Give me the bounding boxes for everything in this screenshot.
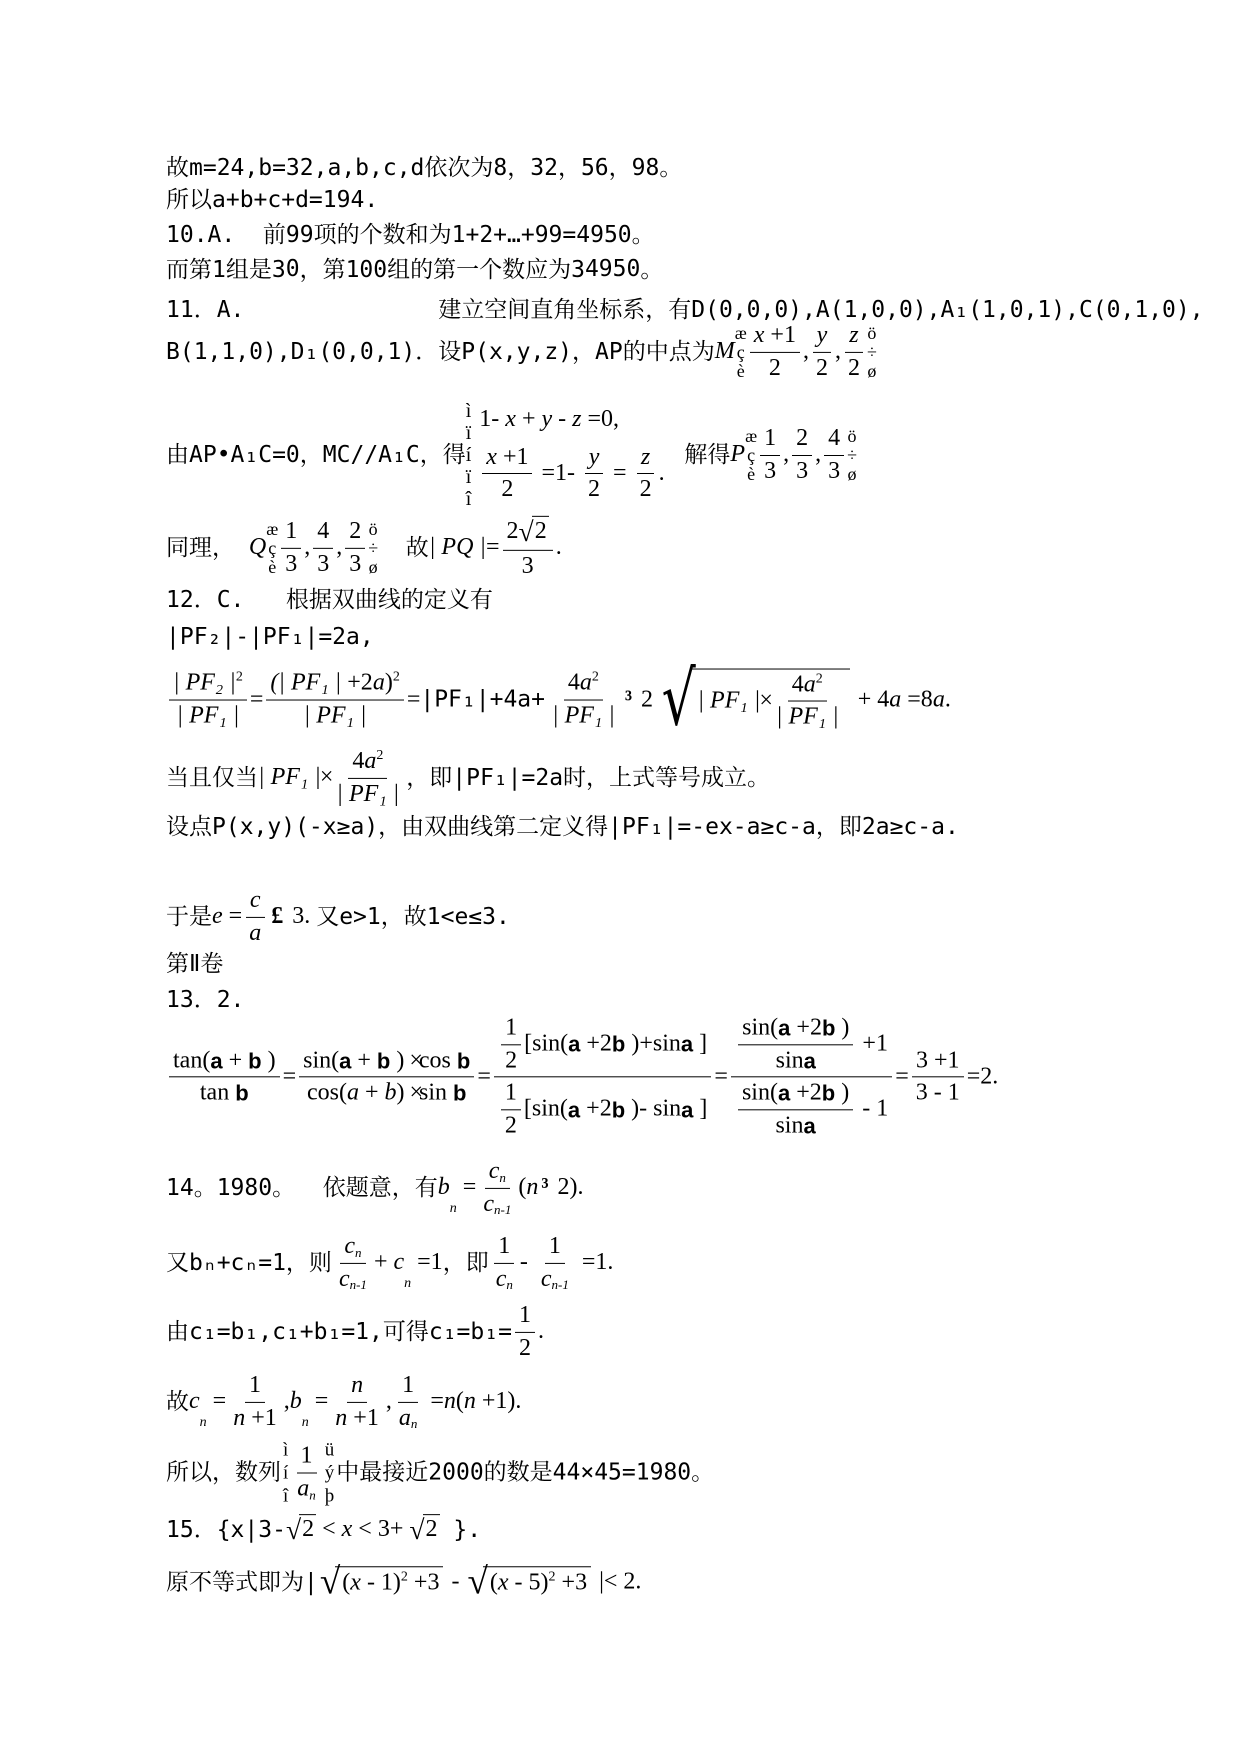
text-run: a <box>804 1048 816 1073</box>
line-sol12-second-def: 设点P(x,y)(-x≥a)，由双曲线第二定义得|PF₁|=-ex-a≥c-a，… <box>166 814 959 840</box>
text-run: . <box>659 460 665 488</box>
text-run: +1 <box>497 444 529 472</box>
text-run: = <box>309 1388 329 1416</box>
text-run: 2 <box>640 476 652 504</box>
line-sol9-values: 故m=24,b=32,a,b,c,d依次为8，32，56，98。 <box>166 155 682 181</box>
text-run: a <box>778 1081 790 1106</box>
line-sol11-setup: 11．A. 建立空间直角坐标系，有D(0,0,0),A(1,0,0),A₁(1,… <box>166 297 1204 323</box>
text-run: £ <box>271 903 283 931</box>
text-run: 故 <box>166 1389 189 1415</box>
text-run: +1 <box>856 1031 888 1059</box>
subscript: n-1 <box>350 1278 367 1291</box>
fraction: 3 +13 - 1 <box>912 1047 964 1107</box>
text-run: × <box>759 688 773 716</box>
radical: (x - 5)2 +3 <box>467 1565 591 1598</box>
text-run: 10.A. 前99项的个数和为1+2+…+99=4950。 <box>166 222 655 248</box>
text-run: c <box>393 1249 404 1277</box>
text-run: = <box>486 534 500 562</box>
text-run: b <box>377 1048 390 1073</box>
text-run: n <box>464 1388 476 1416</box>
text-run: ] <box>693 1031 707 1059</box>
text-run: . <box>556 534 562 562</box>
text-run: a <box>297 1476 309 1504</box>
text-run: 12．C. 根据双曲线的定义有 <box>166 587 493 613</box>
fraction: sin(a +2b )sina <box>738 1080 853 1140</box>
text-run: b <box>822 1081 835 1106</box>
text-run: a <box>681 1097 693 1122</box>
text-run: +2 <box>790 1014 822 1042</box>
text-run: 2 <box>635 686 653 714</box>
text-run: y <box>589 444 600 472</box>
fraction: 12 <box>515 1302 535 1362</box>
fraction: 1cn-1 <box>537 1233 573 1293</box>
line-sol12-definition: |PF₂|-|PF₁|=2a, <box>166 624 374 650</box>
text-run: tan( <box>173 1047 210 1075</box>
text-run: ( <box>490 1570 498 1598</box>
equation-row: x +12 =1- y2 = z2. <box>479 444 664 504</box>
text-run: e <box>212 903 223 931</box>
text-run: = <box>477 1063 491 1091</box>
text-run: = <box>223 903 243 931</box>
text-run: | PF₁ | <box>776 704 839 732</box>
superscript: 2 <box>549 1571 556 1585</box>
text-run: c <box>496 1266 507 1294</box>
fraction: ca <box>245 887 265 947</box>
text-run: × <box>320 764 334 792</box>
text-run: ³ <box>541 1174 548 1202</box>
text-run: | PF₁ | <box>552 702 615 730</box>
text-run: c <box>189 1388 200 1416</box>
text-run: - <box>445 1568 465 1596</box>
text-run: + <box>374 1249 394 1277</box>
line-part2-heading: 第Ⅱ卷 <box>166 951 223 977</box>
subscript: n-1 <box>552 1278 569 1291</box>
line-sol14-setup: 14。1980。 依题意，有bn =cncn-1(n³ 2). <box>166 1158 584 1218</box>
bracket-glyph: ÷ <box>867 343 877 362</box>
text-run: 4 <box>792 671 804 699</box>
bracket-glyph: è <box>747 465 755 484</box>
text-run: +1). <box>476 1388 522 1416</box>
text-run: ) <box>835 1080 849 1108</box>
bracket-glyph: í <box>466 444 472 466</box>
text-run: x <box>505 406 516 434</box>
text-run: 1- <box>479 406 505 434</box>
text-run: +2 <box>790 1080 822 1108</box>
text-run: +2 <box>580 1096 612 1124</box>
text-run: 当且仅当 <box>166 765 258 791</box>
bracket-glyph: ç <box>268 539 276 558</box>
text-run: b <box>457 1048 470 1073</box>
text-run: 3 <box>349 551 361 579</box>
text-run: =1. <box>576 1249 614 1277</box>
text-run: | PF₂ | <box>173 670 236 698</box>
text-run: = <box>424 1388 444 1416</box>
text-run: + <box>223 1047 249 1075</box>
text-run: 2 <box>505 1047 517 1075</box>
text-run: c <box>489 1158 500 1186</box>
text-run: 。 <box>640 257 663 283</box>
subscript: n <box>302 1416 309 1430</box>
text-run: 1 <box>402 1372 414 1400</box>
fraction: sin(a +2b )sina +1sin(a +2b )sina - 1 <box>731 1014 892 1139</box>
bracket-glyph: î <box>466 488 472 510</box>
fraction: tan(a + b )tan b <box>169 1047 280 1107</box>
line-sol15-inequality: 原不等式即为|(x - 1)2 +3 - (x - 5)2 +3 |< 2. <box>166 1565 641 1598</box>
radical: 2 <box>409 1514 439 1546</box>
line-sol11-q-and-pq: 同理， Qæçè13,43,23ö÷ø 故| PQ |=223. <box>166 516 562 580</box>
bracket-glyph: í <box>283 1462 288 1485</box>
text-run: 1 <box>519 1302 531 1330</box>
symbol-bracket: üýþ <box>325 1439 335 1508</box>
text-run: 1 <box>505 1014 517 1042</box>
bracket-glyph: ì <box>466 400 472 422</box>
bracket-glyph: æ <box>745 427 757 446</box>
text-run: 3 <box>828 458 840 486</box>
text-run: sin <box>775 1112 803 1140</box>
bracket-glyph: ø <box>369 558 378 577</box>
text-run: = <box>207 1388 227 1416</box>
bracket-glyph: ö <box>369 520 378 539</box>
fraction: 23 <box>792 425 812 485</box>
text-run: = <box>250 686 264 714</box>
equation-system: 1- x + y - z =0,x +12 =1- y2 = z2. <box>479 406 664 504</box>
text-run: 所以，数列 <box>166 1460 281 1486</box>
bracket-glyph: ï <box>466 422 472 444</box>
fraction: 43 <box>824 425 844 485</box>
text-run: b <box>290 1388 302 1416</box>
text-run: = <box>714 1063 728 1091</box>
bracket-glyph: ö <box>867 324 876 343</box>
text-run: 2 <box>796 425 808 453</box>
text-run: |< 2. <box>593 1568 641 1596</box>
text-run: [sin( <box>524 1096 568 1124</box>
radical: 2 <box>286 1514 316 1546</box>
fraction: 12[sin(a +2b )+sina ]12[sin(a +2b )- sin… <box>494 1014 712 1139</box>
text-run: , <box>304 534 310 562</box>
text-run: a <box>933 686 945 714</box>
bracket-glyph: ï <box>466 466 472 488</box>
bracket-glyph: æ <box>735 324 747 343</box>
text-run: a <box>399 1405 411 1433</box>
document-page: 故m=24,b=32,a,b,c,d依次为8，32，56，98。 所以a+b+c… <box>166 0 1146 1754</box>
subscript: n <box>200 1416 207 1430</box>
radical: (x - 1)2 +3 <box>320 1565 444 1598</box>
fraction: 12 <box>501 1080 521 1140</box>
superscript: 2 <box>236 671 243 685</box>
text-run: 3 <box>317 551 329 579</box>
text-run: | PQ | <box>429 534 486 562</box>
bracket-glyph: ø <box>867 362 876 381</box>
text-run: c <box>483 1191 494 1219</box>
text-run: - <box>520 1249 534 1277</box>
bracket-glyph: ì <box>283 1439 288 1462</box>
text-run: , <box>336 534 342 562</box>
text-run: + <box>351 1047 377 1075</box>
text-run: , <box>803 338 809 366</box>
fraction: nn +1 <box>331 1372 383 1432</box>
bracket-glyph: þ <box>325 1485 335 1508</box>
fraction: cncn-1 <box>479 1158 515 1218</box>
text-run: +1 <box>764 322 796 350</box>
text-run: )+sin <box>625 1031 681 1059</box>
text-run: =1- <box>535 460 581 488</box>
text-run: a <box>568 1032 580 1057</box>
line-sol12-equality: 当且仅当| PF₁ |×4a2| PF₁ |，即|PF₁|=2a时，上式等号成立… <box>166 748 770 808</box>
text-run: =2. <box>967 1063 999 1091</box>
text-run: 中最接近2000的数是44×45=1980。 <box>336 1460 714 1486</box>
text-run: c <box>339 1266 350 1294</box>
bracket-glyph: ü <box>325 1439 335 1462</box>
radical: | PF₁ |×4a2| PF₁ | <box>655 667 850 734</box>
line-sol14-initial: 由c₁=b₁,c₁+b₁=1,可得c₁=b₁=12. <box>166 1302 544 1362</box>
text-run: )- sin <box>625 1096 681 1124</box>
text-run: . <box>945 686 951 714</box>
text-run: , <box>386 1388 392 1416</box>
text-run: ) <box>385 670 393 698</box>
text-run: n <box>526 1174 538 1202</box>
text-run: - 5) <box>509 1570 549 1598</box>
text-run: |PF₂|-|PF₁|=2a, <box>166 624 374 650</box>
text-run: b <box>822 1015 835 1040</box>
line-sol14-recurrence: 又bₙ+cₙ=1，则cncn-1+ cn =1，即1cn- 1cn-1 =1. <box>166 1233 613 1293</box>
text-run: a <box>889 686 901 714</box>
text-run: Q <box>249 534 266 562</box>
text-run: ] <box>693 1096 707 1124</box>
text-run: 1 <box>498 1233 510 1261</box>
line-sol12-intro: 12．C. 根据双曲线的定义有 <box>166 587 493 613</box>
fraction: sin(a +2b )sina <box>738 1014 853 1074</box>
line-sol12-eccentricity: 于是e =ca£ 3. 又e>1，故1<e≤3. <box>166 887 510 947</box>
fraction: x +12 <box>750 322 800 382</box>
symbol-bracket: æçè <box>735 324 747 381</box>
text-run: 3 - 1 <box>916 1080 960 1108</box>
text-run: 3 <box>764 458 776 486</box>
text-run: 3 <box>285 551 297 579</box>
fraction: 13 <box>281 518 301 578</box>
text-run: b <box>612 1097 625 1122</box>
text-run: 2 <box>816 355 828 383</box>
fraction: cncn-1 <box>335 1233 371 1293</box>
fraction: | PF₂ |2| PF₁ | <box>169 670 247 730</box>
fraction: 1an <box>395 1372 422 1432</box>
text-run: ，即 <box>443 1250 489 1276</box>
text-run: 2 <box>848 355 860 383</box>
subscript: n <box>506 1278 513 1291</box>
text-run: 1 <box>764 425 776 453</box>
line-sol13-derivation: tan(a + b )tan b=sin(a + b ) ×cos bcos(a… <box>166 1014 998 1139</box>
text-run: z <box>641 444 650 472</box>
text-run: c <box>344 1233 355 1261</box>
text-run: < <box>316 1516 342 1544</box>
bracket-glyph: ÷ <box>847 446 857 465</box>
fraction: y2 <box>584 444 604 504</box>
superscript: 0 <box>286 258 300 281</box>
text-run: 解得 <box>671 442 731 468</box>
text-run: sin <box>776 1047 804 1075</box>
superscript: 2 <box>401 1571 408 1585</box>
text-run: b <box>235 1081 248 1106</box>
text-run: 3 +1 <box>916 1047 960 1075</box>
text-run: =8 <box>901 686 933 714</box>
text-run: 于是 <box>166 904 212 930</box>
text-run: a <box>580 670 592 698</box>
fraction: z2 <box>844 322 864 382</box>
fraction: 13 <box>760 425 780 485</box>
fraction: 4a2| PF₁ | <box>332 748 403 808</box>
fraction: y2 <box>812 322 832 382</box>
text-run: - <box>552 406 572 434</box>
text-run: b <box>384 1080 396 1108</box>
superscript: 4950 <box>585 258 640 281</box>
text-run: ) <box>262 1047 276 1075</box>
fraction: 1cn <box>492 1233 517 1293</box>
line-sol15-answer: 15．{x|3-2 < x < 3+ 2 }. <box>166 1514 481 1546</box>
text-run: a <box>568 1097 580 1122</box>
text-run: sin( <box>742 1014 778 1042</box>
text-run: , <box>815 441 821 469</box>
line-sol9-sum: 所以a+b+c+d=194. <box>166 187 378 213</box>
symbol-bracket: æçè <box>745 427 757 484</box>
text-run: b <box>438 1174 450 1202</box>
text-run: b <box>248 1048 261 1073</box>
line-sol12-inequality: | PF₂ |2| PF₁ |=(| PF₁ | +2a)2| PF₁ |=|P… <box>166 667 951 734</box>
line-sol10-answer: 10.A. 前99项的个数和为1+2+…+99=4950。 <box>166 222 655 248</box>
text-run: | PF₁ | <box>336 781 399 809</box>
text-run: , <box>783 441 789 469</box>
text-run: ) <box>835 1014 849 1042</box>
text-run: y <box>817 322 828 350</box>
text-run: = <box>283 1063 297 1091</box>
bracket-glyph: ç <box>747 446 755 465</box>
subscript: n <box>404 1277 411 1291</box>
text-run: , <box>835 338 841 366</box>
text-run: ( <box>518 1174 526 1202</box>
bracket-glyph: ÷ <box>368 539 378 558</box>
text-run: 由AP•A₁C=0，MC//A₁C，得 <box>166 442 466 468</box>
text-run: ，即|PF₁|=2a时，上式等号成立。 <box>406 765 770 791</box>
text-run: = <box>607 460 633 488</box>
subscript: n <box>450 1202 457 1216</box>
text-run: 4 <box>828 425 840 453</box>
fraction: 1an <box>293 1443 320 1503</box>
bracket-glyph: î <box>283 1485 288 1508</box>
text-run: (| PF₁ | <box>270 670 341 698</box>
text-run: z <box>572 406 581 434</box>
text-run: n <box>335 1405 347 1433</box>
text-run: x <box>350 1570 361 1598</box>
line-sol11-system: 由AP•A₁C=0，MC//A₁C，得ìïíïî1- x + y - z =0,… <box>166 400 857 510</box>
text-run: 3 <box>522 553 534 581</box>
text-run: x <box>486 444 497 472</box>
text-run: 11．A. 建立空间直角坐标系，有D(0,0,0),A(1,0,0),A₁(1,… <box>166 297 1204 323</box>
subscript: n <box>309 1488 316 1501</box>
text-run: +2 <box>341 670 373 698</box>
text-run: P <box>730 441 745 469</box>
text-run: +1 <box>347 1405 379 1433</box>
bracket-glyph: æ <box>266 520 278 539</box>
symbol-bracket: æçè <box>266 520 278 577</box>
text-run: 3. <box>286 903 316 931</box>
text-run: 4 <box>317 518 329 546</box>
text-run: a <box>210 1048 222 1073</box>
text-run: b <box>453 1081 466 1106</box>
text-run: 2 <box>349 518 361 546</box>
line-sol11-midpoint: B(1,1,0),D₁(0,0,1)．设P(x,y,z)，AP的中点为Mæçèx… <box>166 322 877 382</box>
text-run: 2 <box>505 1112 517 1140</box>
superscript: 2 <box>393 671 400 685</box>
text-run: 4 <box>352 748 364 776</box>
text-run: + <box>359 1080 385 1108</box>
text-run: 3 <box>796 458 808 486</box>
text-run: a <box>339 1048 351 1073</box>
text-run: n <box>444 1388 456 1416</box>
text-run: y <box>541 406 552 434</box>
text-run: 15．{x|3- <box>166 1517 286 1543</box>
symbol-bracket: ö÷ø <box>368 520 378 577</box>
fraction: 12 <box>501 1014 521 1074</box>
line-sol14-general: 故cn =1n +1,bn =nn +1,1an =n(n +1). <box>166 1372 521 1432</box>
text-run: x <box>498 1570 509 1598</box>
superscript: 2 <box>592 671 599 685</box>
text-run: a <box>681 1032 693 1057</box>
text-run: ( <box>456 1388 464 1416</box>
text-run: c <box>541 1266 552 1294</box>
symbol-bracket: ö÷ø <box>847 427 857 484</box>
text-run: cos <box>419 1047 457 1075</box>
bracket-glyph: ø <box>848 465 857 484</box>
fraction: z2 <box>636 444 656 504</box>
fraction: 23 <box>345 518 365 578</box>
line-sol13-answer: 13．2. <box>166 987 244 1013</box>
fraction: 1n +1 <box>229 1372 281 1432</box>
fraction: 4a2| PF₁ | <box>772 671 843 731</box>
text-run: 而第1组是3 <box>166 257 286 283</box>
text-run: 2). <box>552 1174 584 1202</box>
fraction: x +12 <box>482 444 532 504</box>
fraction: 223 <box>503 516 553 580</box>
text-run: +3 <box>556 1570 588 1598</box>
fraction: sin(a + b ) ×cos bcos(a + b) ×sin b <box>299 1047 474 1107</box>
text-run: +2 <box>580 1031 612 1059</box>
text-run: 1 <box>549 1233 561 1261</box>
text-run: + <box>516 406 542 434</box>
line-sol14-conclusion: 所以，数列ìíî1anüýþ中最接近2000的数是44×45=1980。 <box>166 1439 714 1508</box>
text-run: +1 <box>245 1405 277 1433</box>
text-run: | PF₁ | <box>177 702 240 730</box>
text-run: ) <box>396 1080 410 1108</box>
text-run: 又e>1，故1<e≤3. <box>316 904 510 930</box>
text-run: ) <box>390 1047 410 1075</box>
text-run: | PF₁ | <box>258 764 321 792</box>
text-run: 1 <box>505 1080 517 1108</box>
text-run: ，第100组的第一个数应为3 <box>300 257 585 283</box>
text-run: x <box>342 1516 353 1544</box>
text-run: ³ <box>625 686 632 714</box>
bracket-glyph: ç <box>737 343 745 362</box>
text-run: 1 <box>301 1443 313 1471</box>
text-run: 1 <box>285 518 297 546</box>
text-run: a <box>804 671 816 699</box>
text-run: 故 <box>378 535 429 561</box>
subscript: n <box>355 1246 362 1259</box>
text-run: =0, <box>581 406 619 434</box>
symbol-bracket: ö÷ø <box>867 324 877 381</box>
bracket-glyph: ý <box>325 1462 335 1485</box>
superscript: 2 <box>376 749 383 763</box>
text-run: }. <box>440 1517 482 1543</box>
fraction: 4a2| PF₁ | <box>548 670 619 730</box>
text-run: z <box>849 322 858 350</box>
